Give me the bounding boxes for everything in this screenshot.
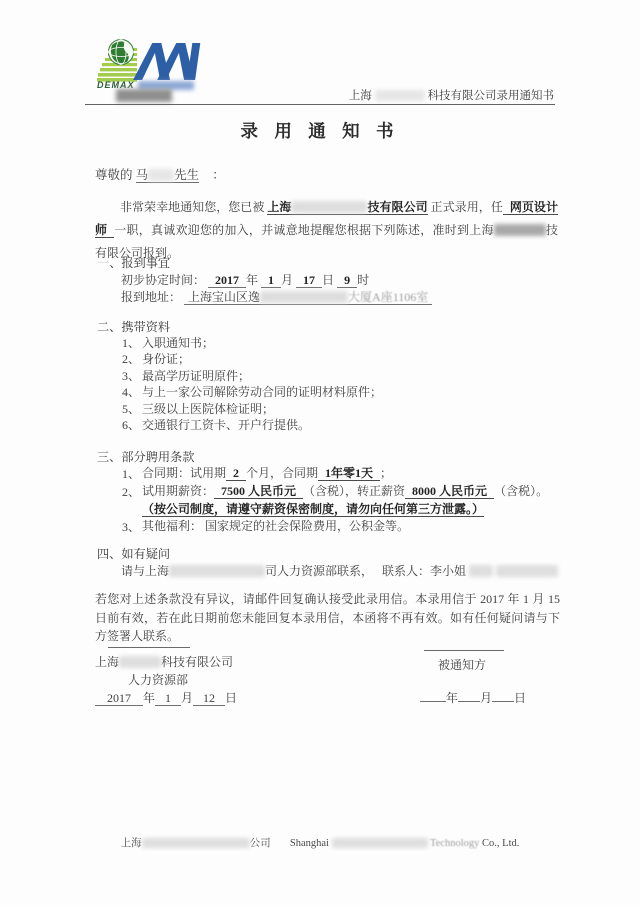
redacted-logo-subtext xyxy=(116,89,172,102)
report-year: 2017 xyxy=(208,273,246,288)
item-number: 5、 xyxy=(122,401,142,417)
recipient-date-blanks: 年月日 xyxy=(420,689,526,706)
salutation: 尊敬的 马先生 ： xyxy=(95,165,225,183)
document-header: 上海 科技有限公司录用通知书 xyxy=(349,87,554,103)
signature-company: 上海科技有限公司 xyxy=(95,653,233,670)
item-text: 与上一家公司解除劳动合同的证明材料原件； xyxy=(142,385,382,399)
sig-company-prefix: 上海 xyxy=(95,655,119,669)
footer-en-faint: Technology xyxy=(430,838,479,849)
signature-department: 人力资源部 xyxy=(128,671,188,688)
terms-item-salary: 2、 试用期薪资：7500 人民币元（含税），转正薪资8000 人民币元（含税）… xyxy=(122,483,558,518)
footer-company-names: 上海公司 Shanghai Technology Co., Ltd. xyxy=(0,835,640,850)
intro-text-1: 非常荣幸地通知您，您已被 xyxy=(120,200,267,214)
sig-month: 1 xyxy=(155,691,181,706)
salary-pre: 试用期薪资： xyxy=(142,484,214,498)
offer-letter-page: DEMAX 上海 科技有限公司录用通知书 录 用 通 知 书 尊敬的 马先生 ：… xyxy=(0,0,640,905)
salary-mid1: （含税），转正薪资 xyxy=(303,484,405,498)
probation-salary: 7500 人民币元 xyxy=(214,484,303,499)
intro-text-3: 一职，真诚欢迎您的加入，并诚意地提醒您根据下列陈述，准时到上海 xyxy=(114,223,493,237)
unit-day: 日 xyxy=(514,691,526,705)
list-item: 3、最高学历证明原件； xyxy=(122,368,382,384)
redacted-company-name xyxy=(119,656,161,668)
list-item: 2、身份证； xyxy=(122,351,382,367)
section3-heading: 三、部分聘用条款 xyxy=(97,448,195,465)
documents-list: 1、入职通知书； 2、身份证； 3、最高学历证明原件； 4、与上一家公司解除劳动… xyxy=(122,335,382,433)
item-number: 2、 xyxy=(122,351,142,367)
item-text: 最高学历证明原件； xyxy=(142,369,250,383)
sig-day: 12 xyxy=(193,691,225,706)
terms-item-contract: 1、 合同期：试用期2个月，合同期1年零1天； xyxy=(122,465,558,483)
redacted-company-name xyxy=(375,90,425,101)
redacted-contact-detail xyxy=(469,565,493,577)
item-number: 3、 xyxy=(122,518,142,536)
regular-salary: 8000 人民币元 xyxy=(405,484,494,499)
benefits-text: 其他福利： 国家规定的社会保险费用，公积金等。 xyxy=(142,518,409,536)
probation-months: 2 xyxy=(226,466,246,481)
recipient-surname: 马 xyxy=(136,168,149,182)
company-name-prefix: 上海 xyxy=(267,200,291,214)
unit-month: 月 xyxy=(181,691,193,705)
report-address-label: 报到地址： xyxy=(121,290,181,304)
redacted-company-name-en xyxy=(332,838,428,848)
salutation-colon: ： xyxy=(202,168,225,182)
unit-year: 年 xyxy=(446,691,458,705)
terms-item-benefits: 3、 其他福利： 国家规定的社会保险费用，公积金等。 xyxy=(122,518,558,536)
redacted-recipient-name xyxy=(148,169,174,181)
page-title: 录 用 通 知 书 xyxy=(0,118,640,143)
recipient-honorific: 先生 xyxy=(174,168,199,182)
header-divider xyxy=(85,104,555,105)
unit-year: 年 xyxy=(246,273,258,287)
item-number: 4、 xyxy=(122,384,142,400)
redacted-company-name xyxy=(494,224,546,236)
list-item: 1、入职通知书； xyxy=(122,335,382,351)
contact-person: 联系人：李小姐 xyxy=(376,564,466,578)
report-address-visible: 上海宝山区逸 xyxy=(188,290,260,304)
contract-pre: 合同期：试用期 xyxy=(142,466,226,480)
unit-day: 日 xyxy=(225,691,237,705)
demax-logo-icon xyxy=(97,38,205,82)
contact-pre: 请与上海 xyxy=(121,564,169,578)
signature-line-recipient xyxy=(424,650,504,651)
list-item: 5、三级以上医院体检证明； xyxy=(122,401,382,417)
blank-month-line xyxy=(458,689,480,702)
contract-end: ； xyxy=(380,466,392,480)
redacted-address xyxy=(260,291,348,303)
item-number: 1、 xyxy=(122,465,142,483)
item-number: 2、 xyxy=(122,483,142,518)
signature-line-company xyxy=(108,647,190,648)
list-item: 4、与上一家公司解除劳动合同的证明材料原件； xyxy=(122,384,382,400)
report-hour: 9 xyxy=(337,273,357,288)
salutation-prefix: 尊敬的 xyxy=(95,168,133,182)
section4-heading: 四、如有疑问 xyxy=(97,545,170,562)
sig-year: 2017 xyxy=(95,691,143,706)
report-address-line: 报到地址： 上海宝山区逸大厦A座1106室 xyxy=(121,288,432,305)
redacted-company-name xyxy=(169,565,265,577)
contract-term: 1年零1天 xyxy=(318,466,380,481)
report-time-line: 初步协定时间： 2017年 1月 17日 9时 xyxy=(121,271,369,288)
redacted-company-name xyxy=(291,201,367,213)
intro-text-2: 正式录用，任 xyxy=(428,200,503,214)
list-item: 6、交通银行工资卡、开户行提供。 xyxy=(122,417,382,433)
section2-heading: 二、携带资料 xyxy=(97,318,170,335)
section1-number: 一 xyxy=(97,256,109,270)
redacted-phone-number xyxy=(496,565,558,577)
unit-day: 日 xyxy=(322,273,334,287)
unit-hour: 时 xyxy=(357,273,369,287)
report-address-faint: 大厦A座1106室 xyxy=(348,290,428,304)
item-number: 3、 xyxy=(122,368,142,384)
header-company-suffix: 科技有限公司录用通知书 xyxy=(428,90,555,102)
redacted-company-name xyxy=(142,838,250,848)
signature-date: 2017年1月12日 xyxy=(95,689,237,706)
item-number: 6、 xyxy=(122,417,142,433)
contract-mid: 个月，合同期 xyxy=(246,466,318,480)
unit-month: 月 xyxy=(480,691,492,705)
footer-cn-suffix: 公司 xyxy=(250,838,271,849)
footer-en-prefix: Shanghai xyxy=(290,838,329,849)
company-name-suffix: 技有限公司 xyxy=(367,200,427,214)
report-day: 17 xyxy=(296,273,322,288)
salary-mid2: （含税）。 xyxy=(494,484,548,498)
item-number: 1、 xyxy=(122,335,142,351)
item-text: 三级以上医院体检证明； xyxy=(142,402,274,416)
header-company-prefix: 上海 xyxy=(349,90,372,102)
item-text: 交通银行工资卡、开户行提供。 xyxy=(142,418,310,432)
section1-title: 、报到事宜 xyxy=(109,256,170,270)
closing-paragraph: 若您对上述条款没有异议，请邮件回复确认接受此录用信。本录用信于 2017 年 1… xyxy=(95,590,560,646)
blank-year-line xyxy=(420,689,446,702)
blank-day-line xyxy=(492,689,514,702)
report-time-label: 初步协定时间： xyxy=(121,273,205,287)
recipient-label: 被通知方 xyxy=(438,656,486,673)
sig-company-suffix: 科技有限公司 xyxy=(161,655,233,669)
report-month: 1 xyxy=(261,273,281,288)
footer-en-suffix: Co., Ltd. xyxy=(479,838,519,849)
contact-line: 请与上海司人力资源部联系， 联系人：李小姐 xyxy=(121,562,558,579)
item-text: 身份证； xyxy=(142,352,190,366)
confidentiality-clause: （按公司制度，请遵守薪资保密制度，请勿向任何第三方泄露。） xyxy=(142,502,484,517)
section1-heading: 一、报到事宜 xyxy=(97,254,170,271)
contact-mid: 司人力资源部联系， xyxy=(265,564,373,578)
item-text: 入职通知书； xyxy=(142,336,214,350)
unit-month: 月 xyxy=(281,273,293,287)
footer-cn-prefix: 上海 xyxy=(121,838,142,849)
unit-year: 年 xyxy=(143,691,155,705)
